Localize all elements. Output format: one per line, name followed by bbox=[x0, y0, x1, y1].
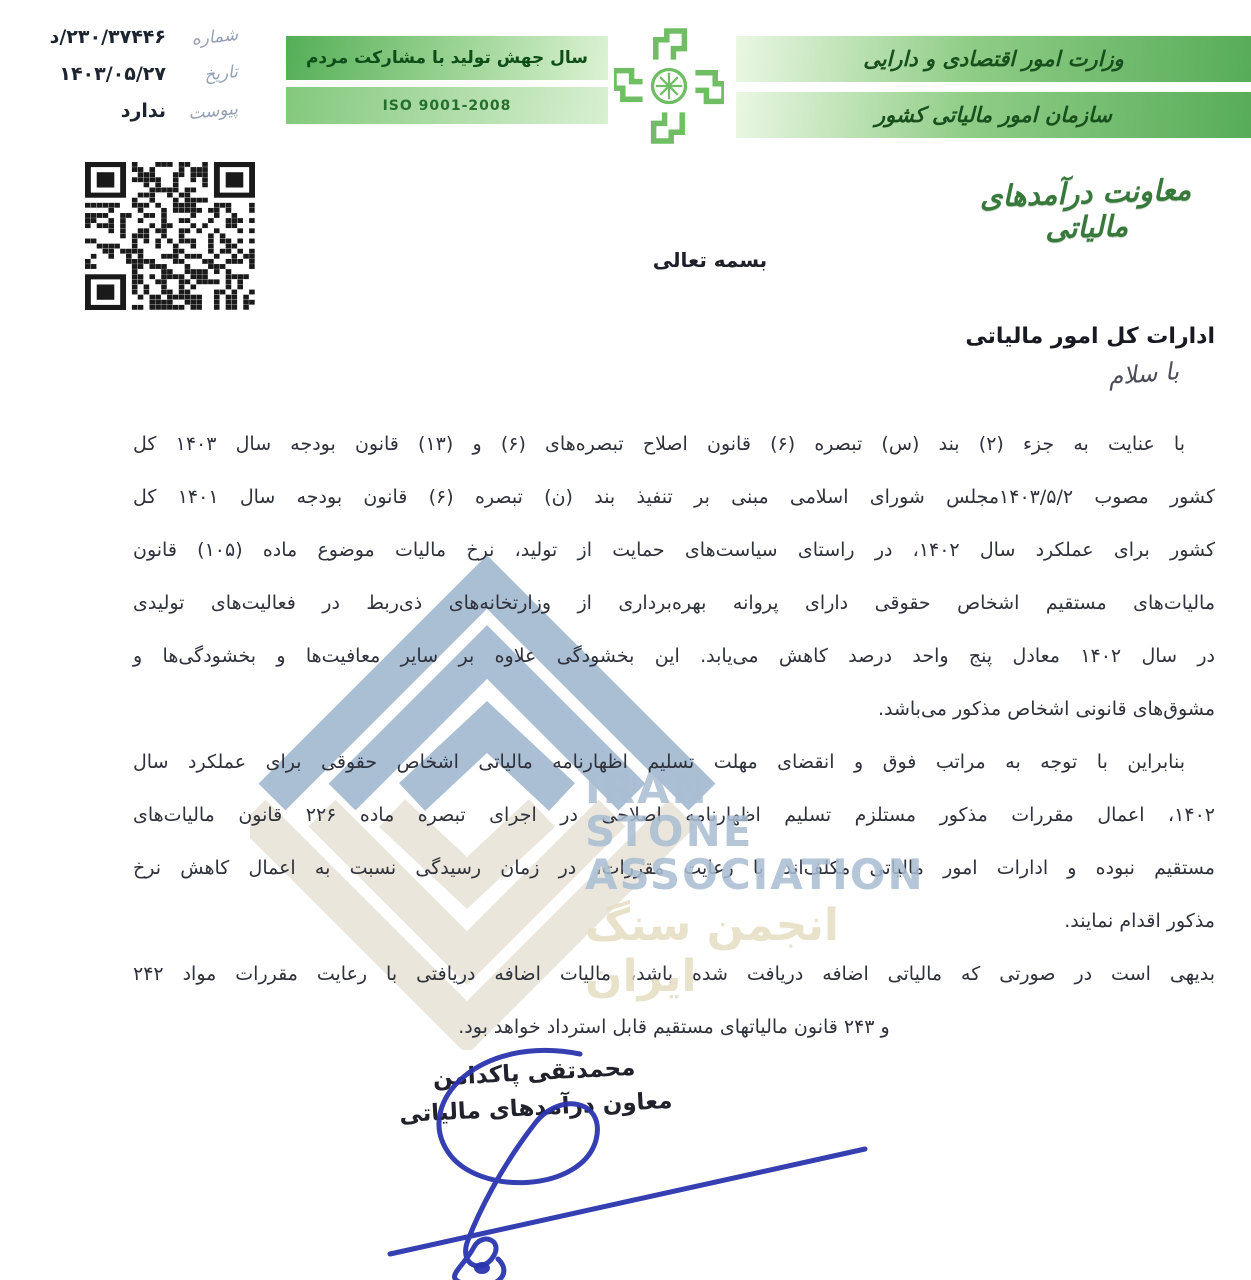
body-line: با عنایت به جزء (۲) بند (س) تبصره (۶) قا… bbox=[133, 418, 1215, 471]
recipient-heading: ادارات کل امور مالیاتی bbox=[965, 324, 1215, 349]
slogan-banner: سال جهش تولید با مشارکت مردم bbox=[286, 36, 608, 80]
letter-body: با عنایت به جزء (۲) بند (س) تبصره (۶) قا… bbox=[133, 418, 1215, 1054]
body-line: مستقیم نبوده و ادارات امور مالیاتی مکلف‌… bbox=[133, 842, 1215, 895]
body-line: در سال ۱۴۰۲ معادل پنج واحد درصد کاهش می‌… bbox=[133, 630, 1215, 683]
body-line: کشور مصوب ۱۴۰۳/۵/۲مجلس شورای اسلامی مبنی… bbox=[133, 471, 1215, 524]
deputy-title: معاونت درآمدهای مالیاتی bbox=[935, 171, 1237, 249]
body-line: بدیهی است در صورتی که مالیاتی اضافه دریا… bbox=[133, 948, 1215, 1001]
body-line: مشوق‌های قانونی اشخاص مذکور می‌باشد. bbox=[133, 683, 1215, 736]
date-value: ۱۴۰۳/۰۵/۲۷ bbox=[8, 63, 180, 85]
body-line: مذکور اقدام نمایند. bbox=[133, 895, 1215, 948]
letter-meta: شماره ۲۳۰/۳۷۴۴۶/د تاریخ ۱۴۰۳/۰۵/۲۷ پیوست… bbox=[8, 26, 238, 137]
meta-row-attachment: پیوست ندارد bbox=[8, 100, 238, 122]
organization-banner: سازمان امور مالیاتی کشور bbox=[736, 92, 1251, 138]
iso-certification-label: ISO 9001-2008 bbox=[286, 87, 608, 124]
letterhead-right: وزارت امور اقتصادی و دارایی سازمان امور … bbox=[736, 36, 1251, 138]
meta-row-date: تاریخ ۱۴۰۳/۰۵/۲۷ bbox=[8, 63, 238, 85]
slogan-box: سال جهش تولید با مشارکت مردم ISO 9001-20… bbox=[286, 36, 608, 124]
date-label: تاریخ bbox=[179, 62, 239, 88]
body-line: مالیات‌های مستقیم اشخاص حقوقی دارای پروا… bbox=[133, 577, 1215, 630]
number-label: شماره bbox=[179, 25, 239, 51]
attachment-value: ندارد bbox=[8, 100, 180, 122]
qr-code-icon bbox=[85, 162, 255, 310]
attachment-label: پیوست bbox=[179, 99, 239, 125]
meta-row-number: شماره ۲۳۰/۳۷۴۴۶/د bbox=[8, 26, 238, 48]
besmele-heading: بسمه تعالی bbox=[560, 248, 860, 272]
body-line: ۱۴۰۲، اعمال مقررات مذکور مستلزم تسلیم اظ… bbox=[133, 789, 1215, 842]
scanned-letter-page: شماره ۲۳۰/۳۷۴۴۶/د تاریخ ۱۴۰۳/۰۵/۲۷ پیوست… bbox=[0, 0, 1251, 1280]
body-line: بنابراین با توجه به مراتب فوق و انقضای م… bbox=[133, 736, 1215, 789]
salutation-script: با سلام bbox=[1107, 357, 1180, 391]
body-line: کشور برای عملکرد سال ۱۴۰۲، در راستای سیا… bbox=[133, 524, 1215, 577]
ministry-banner: وزارت امور اقتصادی و دارایی bbox=[736, 36, 1251, 82]
handwritten-signature-icon bbox=[330, 1042, 890, 1280]
tax-administration-emblem-icon bbox=[614, 26, 724, 146]
number-value: ۲۳۰/۳۷۴۴۶/د bbox=[8, 26, 180, 48]
